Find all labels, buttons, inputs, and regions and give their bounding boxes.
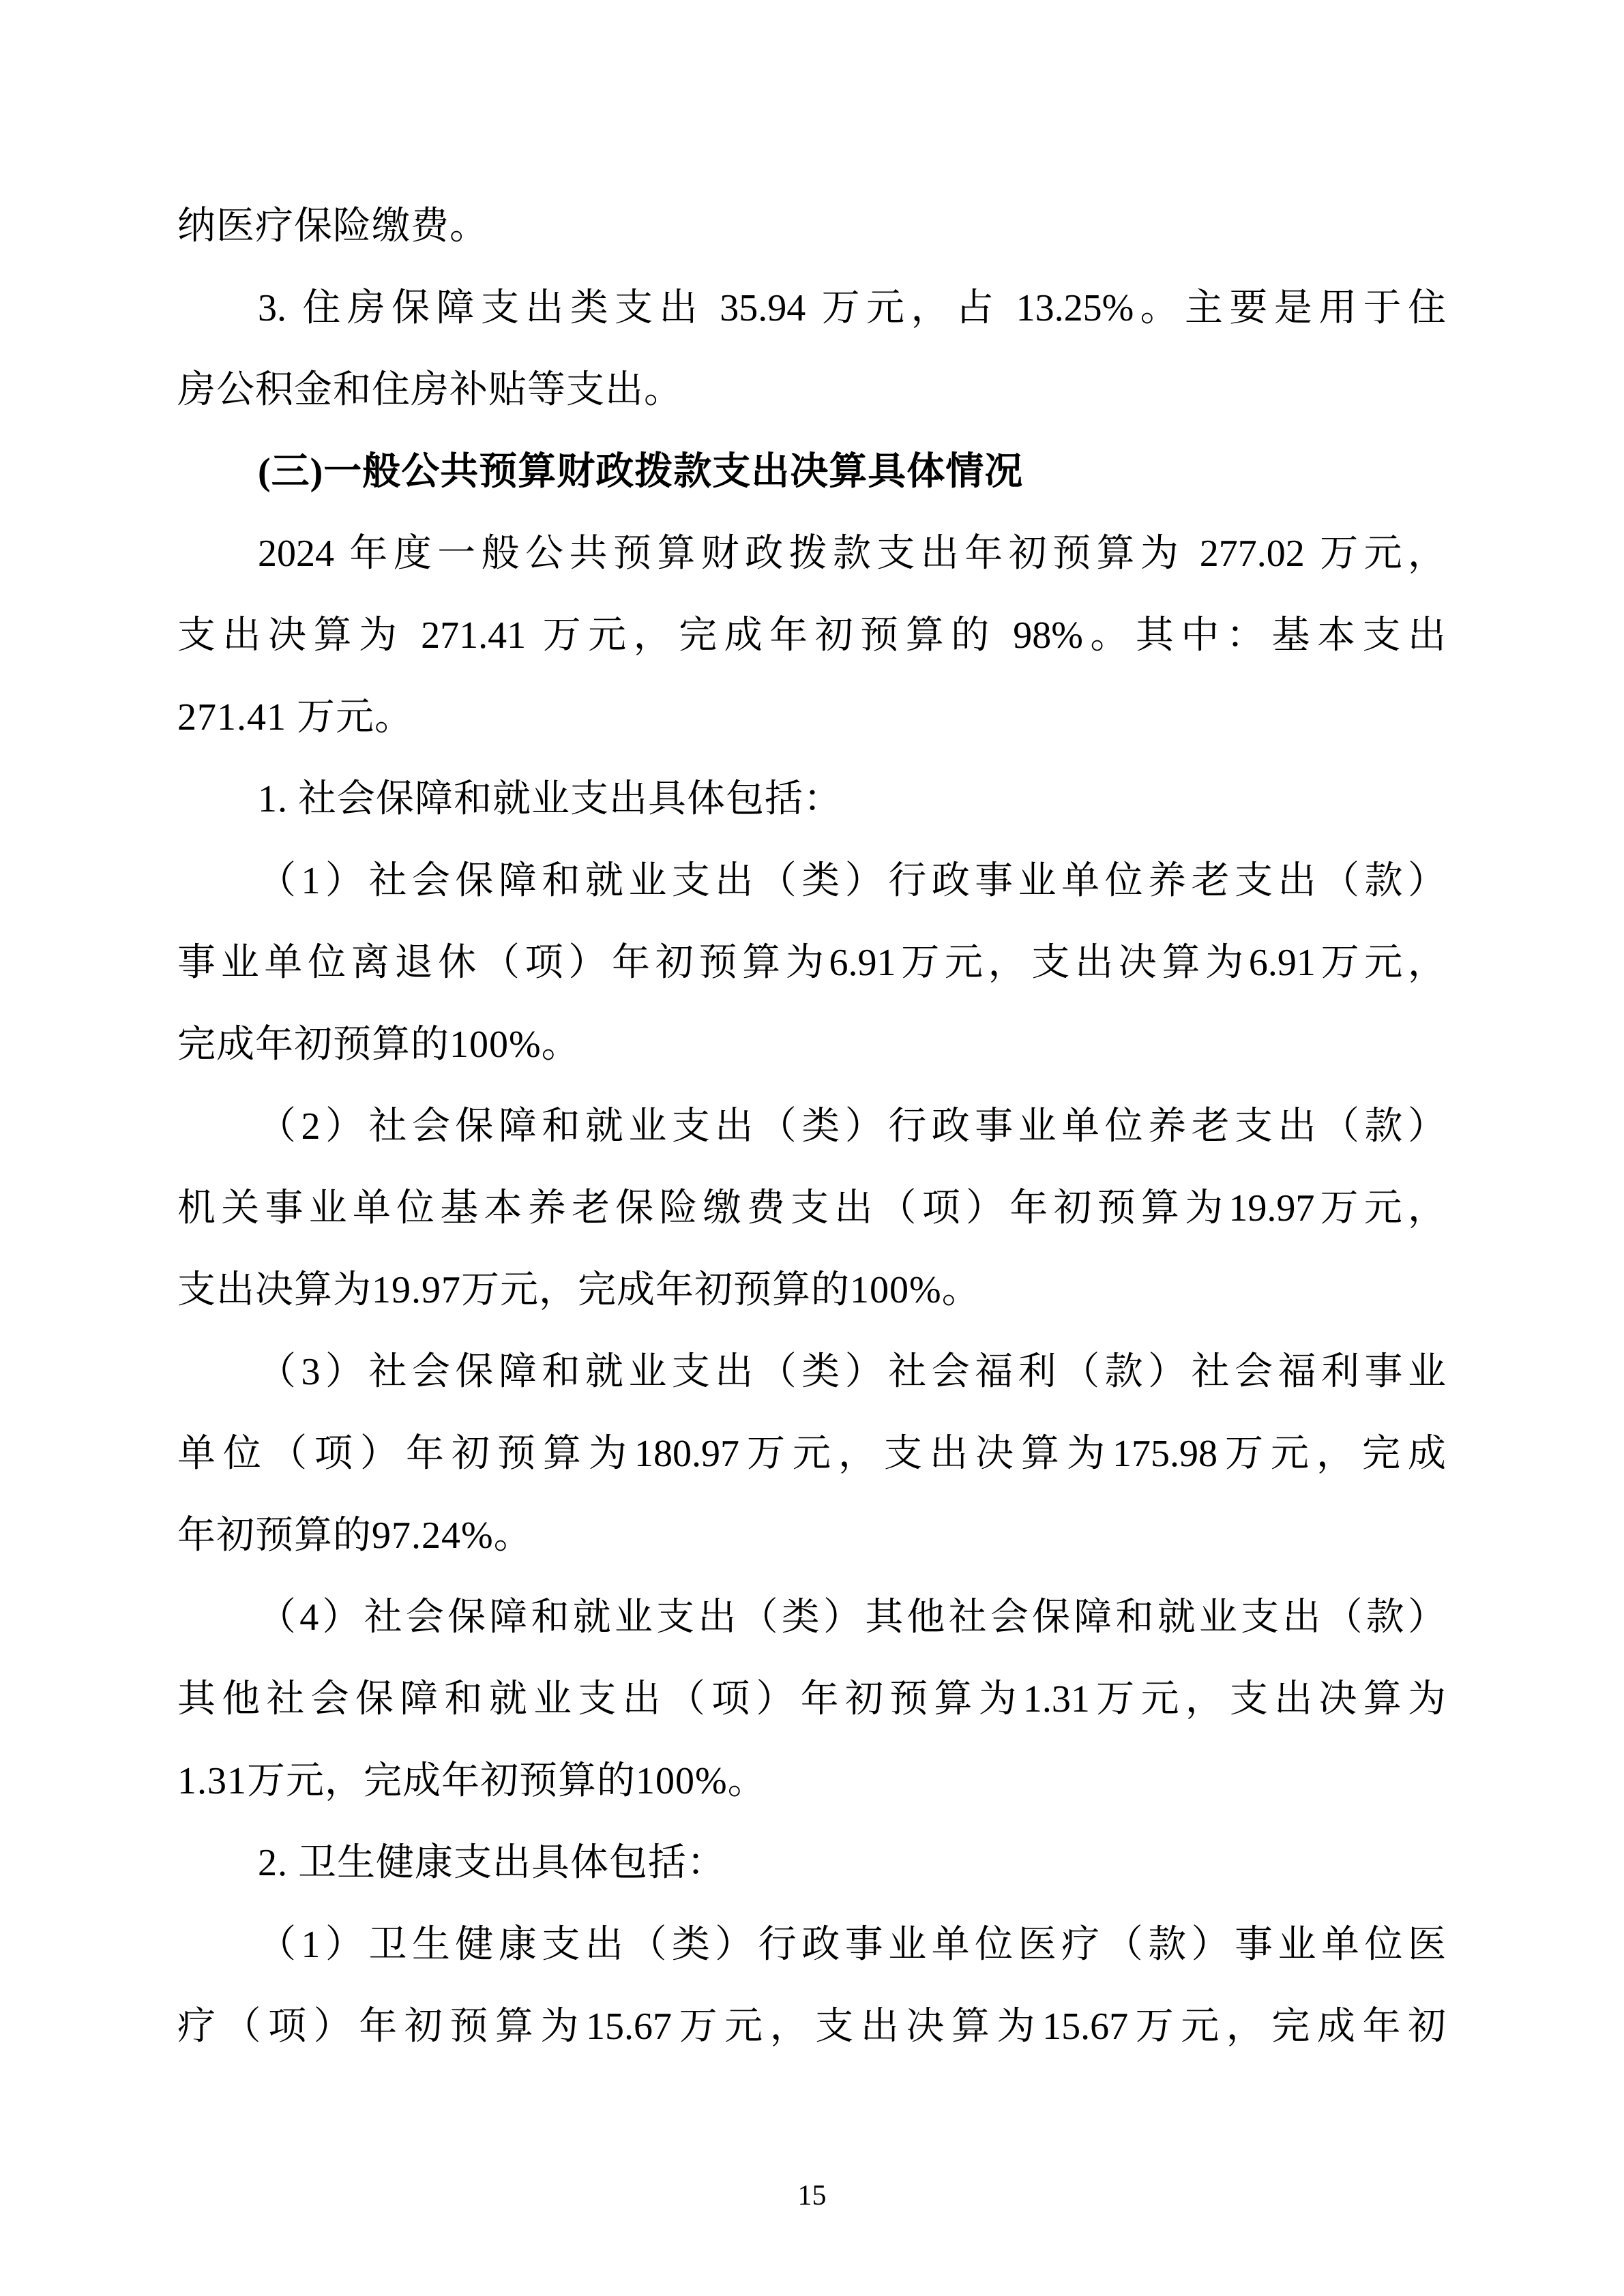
text-line: 单位（项）年初预算为180.97万元，支出决算为175.98万元，完成 <box>177 1413 1446 1495</box>
document-body: 纳医疗保险缴费。 3. 住房保障支出类支出 35.94 万元，占 13.25%。… <box>177 185 1446 2068</box>
text-line: 事业单位离退休（项）年初预算为6.91万元，支出决算为6.91万元， <box>177 922 1446 1004</box>
text-line: 支出决算为19.97万元，完成年初预算的100%。 <box>177 1249 1446 1331</box>
text-line: 1.31万元，完成年初预算的100%。 <box>177 1740 1446 1822</box>
text-line: 机关事业单位基本养老保险缴费支出（项）年初预算为19.97万元， <box>177 1167 1446 1249</box>
text-line: 2024 年度一般公共预算财政拨款支出年初预算为 277.02 万元， <box>177 513 1446 595</box>
text-line: 完成年初预算的100%。 <box>177 1004 1446 1086</box>
text-line: （3）社会保障和就业支出（类）社会福利（款）社会福利事业 <box>177 1331 1446 1413</box>
text-line: （2）社会保障和就业支出（类）行政事业单位养老支出（款） <box>177 1086 1446 1167</box>
text-line: 纳医疗保险缴费。 <box>177 185 1446 267</box>
text-line: （1）社会保障和就业支出（类）行政事业单位养老支出（款） <box>177 840 1446 922</box>
text-line: 支出决算为 271.41 万元，完成年初预算的 98%。其中：基本支出 <box>177 595 1446 676</box>
page-number: 15 <box>0 2179 1624 2212</box>
text-line: 271.41 万元。 <box>177 676 1446 758</box>
text-line: 其他社会保障和就业支出（项）年初预算为1.31万元，支出决算为 <box>177 1658 1446 1740</box>
text-line: 2. 卫生健康支出具体包括： <box>177 1822 1446 1904</box>
text-line: （1）卫生健康支出（类）行政事业单位医疗（款）事业单位医 <box>177 1904 1446 1986</box>
document-page: 纳医疗保险缴费。 3. 住房保障支出类支出 35.94 万元，占 13.25%。… <box>0 0 1624 2296</box>
text-line: 年初预算的97.24%。 <box>177 1495 1446 1577</box>
text-line: （4）社会保障和就业支出（类）其他社会保障和就业支出（款） <box>177 1577 1446 1658</box>
text-line: 疗（项）年初预算为15.67万元，支出决算为15.67万元，完成年初 <box>177 1986 1446 2068</box>
text-line: 1. 社会保障和就业支出具体包括： <box>177 758 1446 840</box>
section-heading: (三)一般公共预算财政拨款支出决算具体情况 <box>177 431 1446 513</box>
text-line: 3. 住房保障支出类支出 35.94 万元，占 13.25%。主要是用于住 <box>177 267 1446 349</box>
text-line: 房公积金和住房补贴等支出。 <box>177 349 1446 431</box>
